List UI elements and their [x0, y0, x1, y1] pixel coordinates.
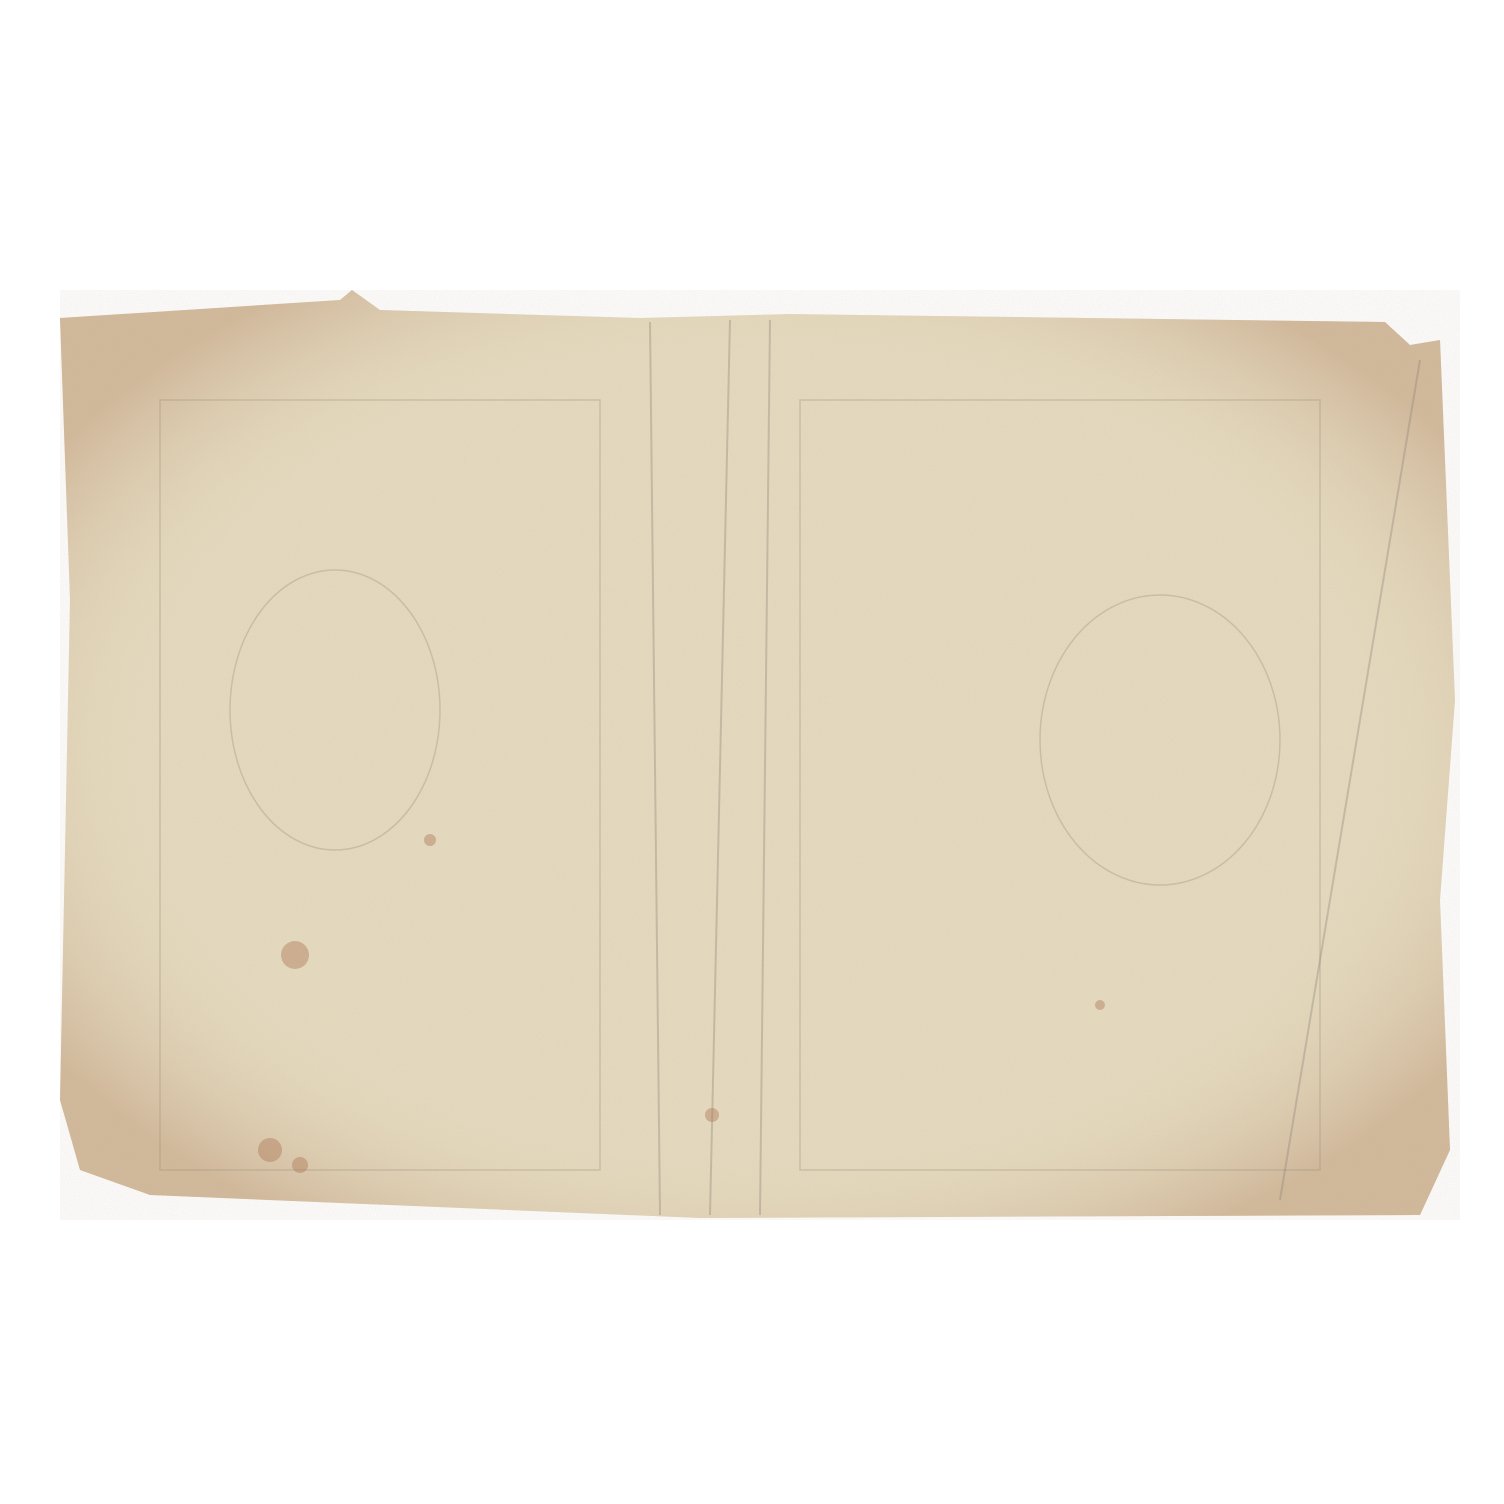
paper-note: [0, 0, 1504, 1504]
